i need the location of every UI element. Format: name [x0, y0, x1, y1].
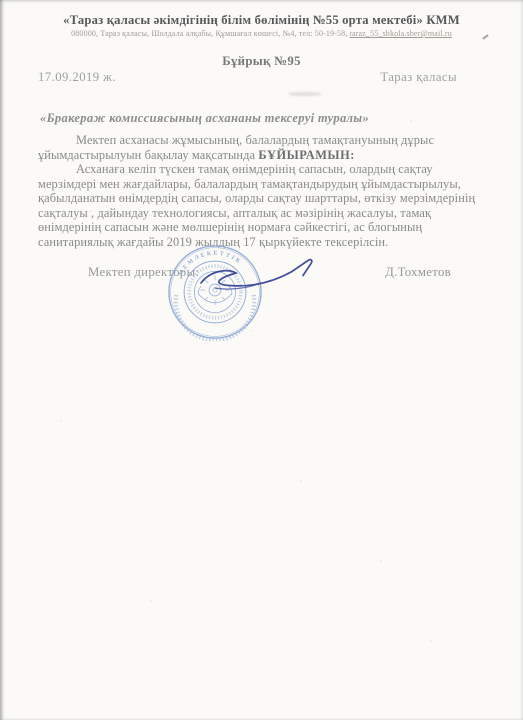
- body-paragraph-2: Асханаға келіп түскен тамақ өнімдерінің …: [38, 162, 480, 250]
- signature-name: Д.Тохметов: [385, 265, 451, 280]
- scanned-document-page: «Тараз қаласы әкімдігінің білім бөліміні…: [0, 0, 523, 720]
- date-city-row: 17.09.2019 ж. Тараз қаласы: [38, 70, 457, 85]
- body-paragraph-1: Мектеп асханасы жұмысының, балалардың та…: [38, 133, 438, 162]
- subject-line: «Бракераж комиссиясының асхананы тексеру…: [40, 111, 483, 126]
- paper-noise: [0, 0, 2, 2]
- signature-scrawl: [185, 250, 315, 298]
- order-date: 17.09.2019 ж.: [38, 70, 116, 85]
- order-city: Тараз қаласы: [380, 70, 457, 85]
- address-line: 080000, Тараз қаласы, Шолдала алқабы, Құ…: [0, 29, 523, 38]
- order-title: Бұйрық №95: [0, 54, 523, 69]
- scan-smudge: [288, 92, 322, 96]
- address-text: 080000, Тараз қаласы, Шолдала алқабы, Құ…: [71, 29, 350, 38]
- paragraph-1-text: Мектеп асханасы жұмысының, балалардың та…: [38, 133, 434, 162]
- org-name: «Тараз қаласы әкімдігінің білім бөліміні…: [0, 13, 523, 28]
- directive-word: БҰЙЫРАМЫН:: [258, 148, 355, 162]
- email-text: taraz_55_shkola.sber@mail.ru: [350, 29, 452, 38]
